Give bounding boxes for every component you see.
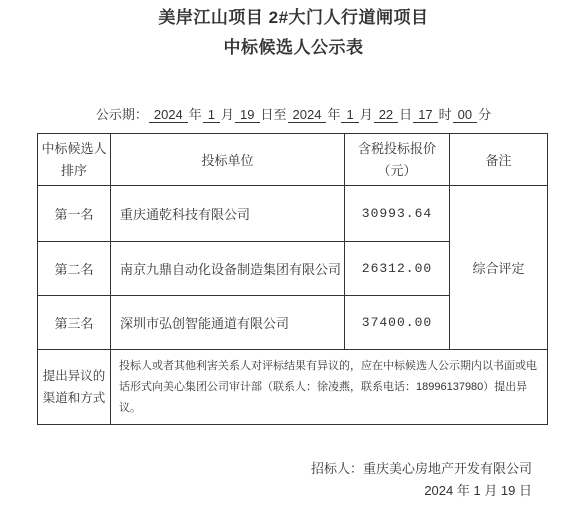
period-month-char-1: 月	[220, 107, 235, 122]
header-rank: 中标候选人 排序	[38, 134, 111, 186]
tenderer-line: 招标人：重庆美心房地产开发有限公司	[311, 458, 532, 480]
table-row-first-candidate: 第一名 重庆通乾科技有限公司 30993.64 综合评定	[38, 186, 548, 242]
period-end-day: 22	[374, 107, 398, 123]
period-minute-char: 分	[477, 107, 492, 122]
period-day-char-2: 日	[398, 107, 413, 122]
table-header-row: 中标候选人 排序 投标单位 含税投标报价 （元） 备注	[38, 134, 548, 186]
price-cell: 26312.00	[345, 242, 450, 296]
title-line-2: 中标候选人公示表	[0, 33, 587, 63]
publicity-period-line: 公示期：2024年1月19日至2024年1月22日17时00分	[0, 104, 587, 123]
period-year-char-1: 年	[188, 107, 203, 122]
document-title: 美岸江山项目 2#大门人行道闸项目 中标候选人公示表	[0, 3, 587, 63]
table-row-objection: 提出异议的 渠道和方式 投标人或者其他利害关系人对评标结果有异议的，应在中标候选…	[38, 350, 548, 425]
title-line-1: 美岸江山项目 2#大门人行道闸项目	[0, 3, 587, 33]
period-month-char-2: 月	[359, 107, 374, 122]
rank-cell: 第三名	[38, 296, 111, 350]
bidder-cell: 南京九鼎自动化设备制造集团有限公司	[111, 242, 345, 296]
objection-label-cell: 提出异议的 渠道和方式	[38, 350, 111, 425]
bidder-cell: 重庆通乾科技有限公司	[111, 186, 345, 242]
objection-content-cell: 投标人或者其他利害关系人对评标结果有异议的，应在中标候选人公示期内以书面或电话形…	[111, 350, 548, 425]
price-cell: 37400.00	[345, 296, 450, 350]
merged-remark-cell: 综合评定	[450, 186, 548, 350]
bid-candidates-table: 中标候选人 排序 投标单位 含税投标报价 （元） 备注 第一名 重庆通乾科技有限…	[37, 133, 548, 425]
header-price-line1: 含税投标报价	[345, 138, 449, 160]
footer: 招标人：重庆美心房地产开发有限公司 2024 年 1 月 19 日	[311, 458, 532, 502]
period-hour-char: 时	[438, 107, 453, 122]
period-start-year: 2024	[149, 107, 188, 123]
rank-cell: 第二名	[38, 242, 111, 296]
period-label: 公示期：	[95, 107, 149, 122]
header-rank-line1: 中标候选人	[38, 138, 110, 160]
date-line: 2024 年 1 月 19 日	[311, 480, 532, 502]
rank-cell: 第一名	[38, 186, 111, 242]
period-end-year: 2024	[288, 107, 327, 123]
objection-label-line2: 渠道和方式	[38, 387, 110, 409]
period-end-minute: 00	[453, 107, 477, 123]
period-end-hour: 17	[413, 107, 437, 123]
header-price-line2: （元）	[345, 160, 449, 182]
objection-label-line1: 提出异议的	[38, 365, 110, 387]
period-end-month: 1	[341, 107, 358, 123]
period-day-to-chars: 日至	[260, 107, 288, 122]
header-bidder: 投标单位	[111, 134, 345, 186]
period-start-day: 19	[235, 107, 259, 123]
period-start-month: 1	[203, 107, 220, 123]
announcement-page: { "page": { "title_line1": "美岸江山项目 2#大门人…	[0, 0, 587, 509]
header-rank-line2: 排序	[38, 160, 110, 182]
header-price: 含税投标报价 （元）	[345, 134, 450, 186]
bidder-cell: 深圳市弘创智能通道有限公司	[111, 296, 345, 350]
price-cell: 30993.64	[345, 186, 450, 242]
period-year-char-2: 年	[326, 107, 341, 122]
header-remark: 备注	[450, 134, 548, 186]
